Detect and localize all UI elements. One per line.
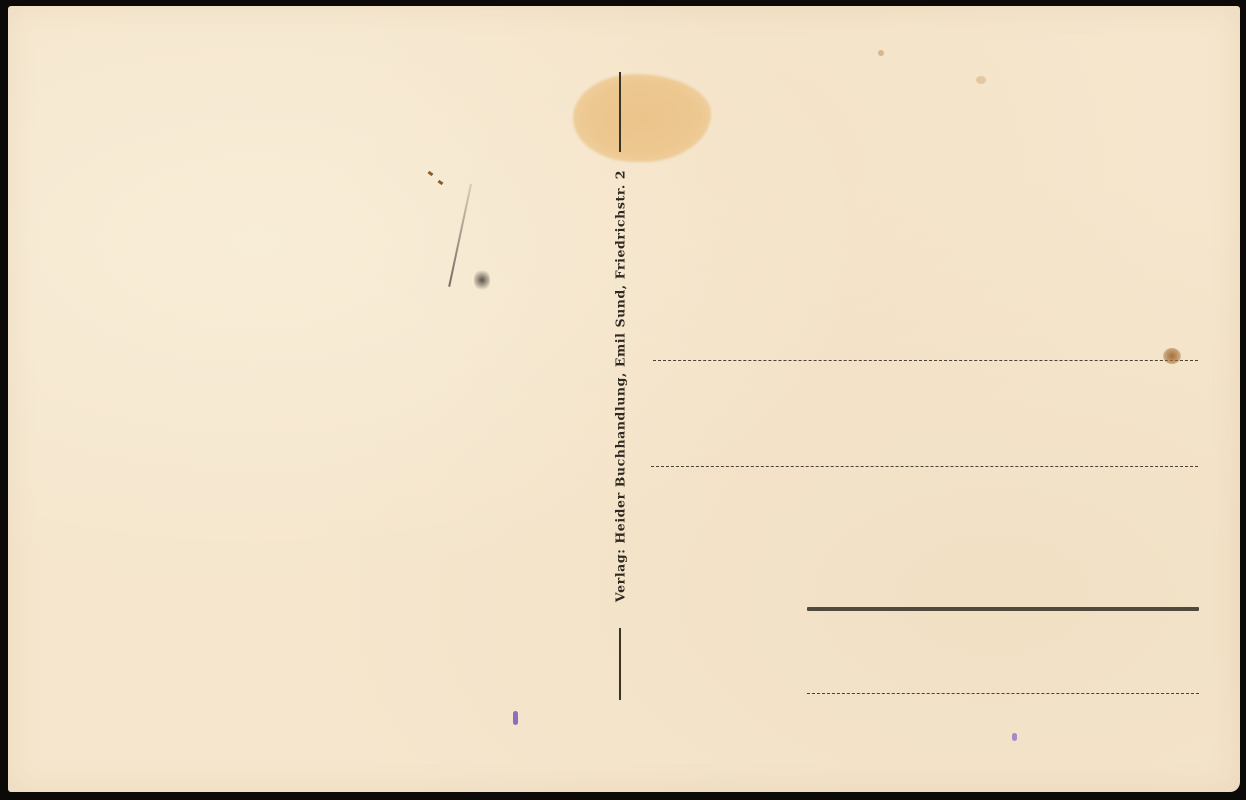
address-line-2	[651, 466, 1198, 467]
rust-mark	[438, 180, 444, 185]
publisher-imprint: Verlag: Heider Buchhandlung, Emil Sund, …	[613, 170, 628, 602]
foxing-spot	[1163, 348, 1181, 364]
center-divider-bottom	[619, 628, 621, 700]
postcard-back: Verlag: Heider Buchhandlung, Emil Sund, …	[8, 6, 1240, 792]
pencil-mark	[448, 184, 472, 287]
address-line-1	[653, 360, 1198, 361]
smudge-mark	[474, 268, 490, 292]
rust-mark	[428, 171, 434, 176]
stamp-residue-stain	[573, 74, 711, 162]
foxing-spot	[976, 76, 986, 84]
address-line-4	[807, 693, 1199, 694]
ink-mark	[1012, 733, 1017, 741]
center-divider-top	[619, 72, 621, 152]
foxing-spot	[878, 50, 884, 56]
ink-mark	[513, 711, 518, 725]
address-line-3	[807, 607, 1199, 611]
